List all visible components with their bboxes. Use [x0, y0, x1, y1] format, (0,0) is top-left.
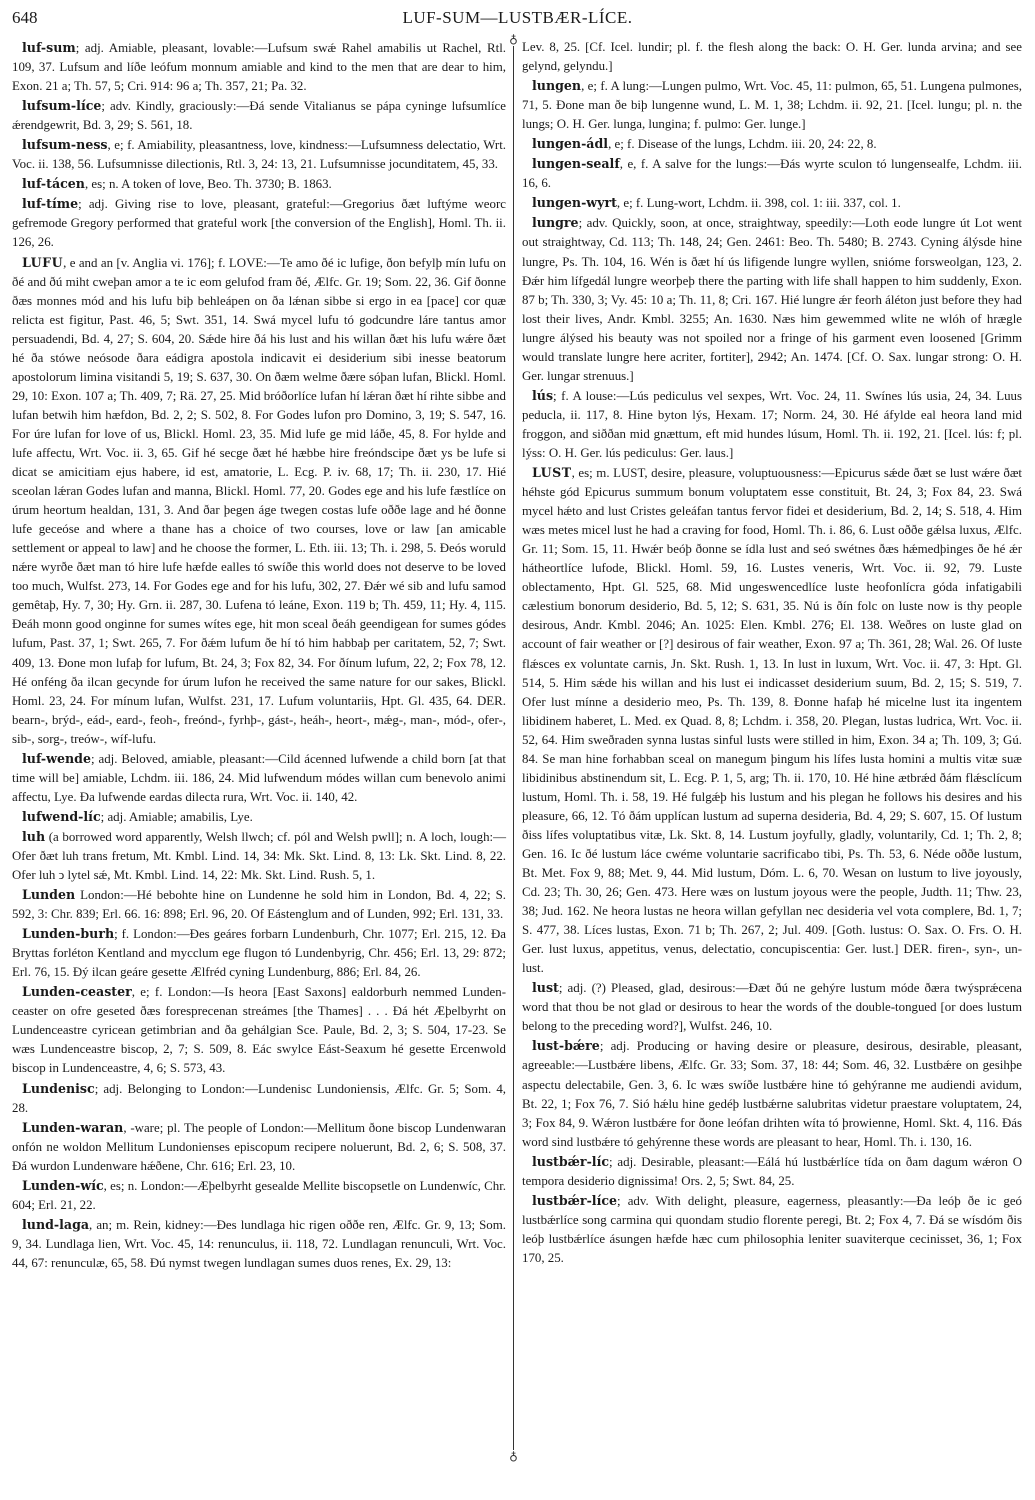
dictionary-entry: lust-bǽre; adj. Producing or having desi…: [522, 1036, 1022, 1151]
entry-headword: luf-tíme: [22, 196, 78, 211]
dictionary-entry: Lunden London:—Hé bebohte hine on Lunden…: [12, 885, 506, 924]
dictionary-entry: Lunden-burh; f. London:—Ðes geáres forba…: [12, 924, 506, 982]
dictionary-entry: lust; adj. (?) Pleased, glad, desirous:—…: [522, 978, 1022, 1036]
entry-headword: Lunden-waran: [22, 1120, 123, 1135]
dictionary-entry: lungen-wyrt, e; f. Lung-wort, Lchdm. ii.…: [522, 193, 1022, 213]
dictionary-entry: lustbǽr-líce; adv. With delight, pleasur…: [522, 1191, 1022, 1268]
left-column: luf-sum; adj. Amiable, pleasant, lovable…: [12, 38, 506, 1273]
dictionary-entry: Lev. 8, 25. [Cf. Icel. lundir; pl. f. th…: [522, 38, 1022, 76]
entry-headword: luf-wende: [22, 751, 91, 766]
entry-headword: LUFU: [22, 255, 63, 270]
entry-headword: lufwend-líc: [22, 809, 101, 824]
dictionary-entry: LUST, es; m. LUST, desire, pleasure, vol…: [522, 463, 1022, 978]
dictionary-entry: Lunden-waran, -ware; pl. The people of L…: [12, 1118, 506, 1176]
entry-headword: Lunden-burh: [22, 926, 114, 941]
entry-headword: lús: [532, 388, 553, 403]
dictionary-entry: luf-wende; adj. Beloved, amiable, pleasa…: [12, 749, 506, 807]
column-divider: [513, 44, 514, 1454]
dictionary-entry: Lundenisc; adj. Belonging to London:—Lun…: [12, 1079, 506, 1118]
entry-headword: lungen: [532, 78, 581, 93]
entry-headword: lustbǽr-líc: [532, 1154, 609, 1169]
dictionary-entry: luf-tíme; adj. Giving rise to love, plea…: [12, 194, 506, 252]
entry-headword: lungen-wyrt: [532, 195, 617, 210]
entry-headword: luh: [22, 829, 45, 844]
dictionary-entry: Lunden-wíc, es; n. London:—Æþelbyrht ges…: [12, 1176, 506, 1215]
dictionary-entry: luf-sum; adj. Amiable, pleasant, lovable…: [12, 38, 506, 96]
entry-headword: lust: [532, 980, 559, 995]
entry-headword: luf-sum: [22, 40, 76, 55]
entry-text: ; f. A louse:—Lús pediculus vel sexpes, …: [522, 389, 1022, 460]
entry-headword: lungen-sealf: [532, 156, 620, 171]
entry-text: , e; f. Lung-wort, Lchdm. ii. 398, col. …: [617, 196, 901, 210]
entry-headword: lungen-ádl: [532, 136, 608, 151]
entry-text: , e; f. Disease of the lungs, Lchdm. iii…: [608, 137, 877, 151]
entry-text: , e and an [v. Anglia vi. 176]; f. LOVE:…: [12, 256, 506, 746]
dictionary-entry: lund-laga, an; m. Rein, kidney:—Ðes lund…: [12, 1215, 506, 1273]
entry-headword: Lunden-wíc: [22, 1178, 104, 1193]
entry-text: ; adj. Producing or having desire or ple…: [522, 1039, 1022, 1148]
ornament-bottom-icon: ♁: [507, 1450, 520, 1463]
entry-text: Lev. 8, 25. [Cf. Icel. lundir; pl. f. th…: [522, 40, 1022, 73]
entry-headword: lufsum-ness: [22, 137, 108, 152]
dictionary-entry: lufsum-líce; adv. Kindly, graciously:—Ðá…: [12, 96, 506, 135]
entry-text: ; adj. (?) Pleased, glad, desirous:—Ðæt …: [522, 981, 1022, 1033]
entry-text: London:—Hé bebohte hine on Lundenne he s…: [12, 888, 506, 921]
dictionary-entry: lungen, e; f. A lung:—Lungen pulmo, Wrt.…: [522, 76, 1022, 134]
entry-text: ; adv. Quickly, soon, at once, straightw…: [522, 216, 1022, 382]
dictionary-entry: lufwend-líc; adj. Amiable; amabilis, Lye…: [12, 807, 506, 827]
entry-headword: Lunden: [22, 887, 75, 902]
entry-headword: lust-bǽre: [532, 1038, 600, 1053]
entry-headword: lustbǽr-líce: [532, 1193, 617, 1208]
entry-headword: lufsum-líce: [22, 98, 101, 113]
dictionary-entry: lús; f. A louse:—Lús pediculus vel sexpe…: [522, 386, 1022, 463]
entry-text: ; adj. Amiable, pleasant, lovable:—Lufsu…: [12, 41, 506, 93]
entry-text: , es; m. LUST, desire, pleasure, voluptu…: [522, 466, 1022, 975]
dictionary-entry: lufsum-ness, e; f. Amiability, pleasantn…: [12, 135, 506, 174]
entry-headword: LUST: [532, 465, 572, 480]
dictionary-entry: lungre; adv. Quickly, soon, at once, str…: [522, 213, 1022, 385]
dictionary-entry: luh (a borrowed word apparently, Welsh l…: [12, 827, 506, 885]
ornament-top-icon: ♁: [507, 33, 520, 46]
dictionary-entry: lungen-ádl, e; f. Disease of the lungs, …: [522, 134, 1022, 154]
entry-text: , e; f. A lung:—Lungen pulmo, Wrt. Voc. …: [522, 79, 1022, 131]
entry-headword: lund-laga: [22, 1217, 89, 1232]
dictionary-entry: LUFU, e and an [v. Anglia vi. 176]; f. L…: [12, 253, 506, 749]
entry-text: (a borrowed word apparently, Welsh llwch…: [12, 830, 506, 882]
entry-text: ; adj. Giving rise to love, pleasant, gr…: [12, 197, 506, 249]
running-title: LUF-SUM—LUSTBÆR-LÍCE.: [10, 8, 1025, 28]
dictionary-entry: Lunden-ceaster, e; f. London:—Is heora […: [12, 982, 506, 1078]
entry-headword: lungre: [532, 215, 579, 230]
entry-text: ; adj. Amiable; amabilis, Lye.: [101, 810, 253, 824]
right-column: Lev. 8, 25. [Cf. Icel. lundir; pl. f. th…: [522, 38, 1022, 1268]
entry-headword: Lundenisc: [22, 1081, 95, 1096]
dictionary-entry: luf-tácen, es; n. A token of love, Beo. …: [12, 174, 506, 194]
entry-headword: Lunden-ceaster: [22, 984, 132, 999]
dictionary-entry: lustbǽr-líc; adj. Desirable, pleasant:—E…: [522, 1152, 1022, 1191]
entry-headword: luf-tácen: [22, 176, 85, 191]
entry-text: , es; n. A token of love, Beo. Th. 3730;…: [85, 177, 332, 191]
dictionary-entry: lungen-sealf, e, f. A salve for the lung…: [522, 154, 1022, 193]
